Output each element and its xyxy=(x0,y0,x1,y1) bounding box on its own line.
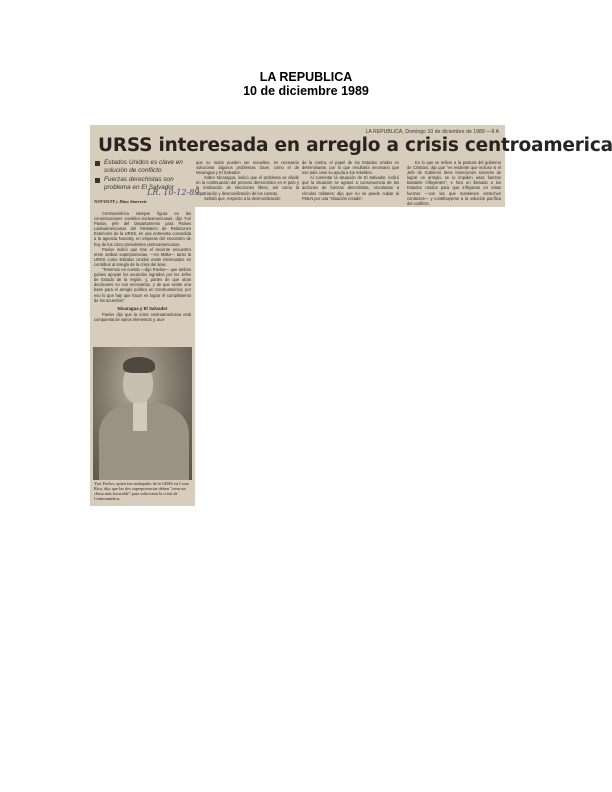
byline: NOVOSTY y Dino Starcevic xyxy=(94,199,147,204)
article-column-3: de la contra, el papel de los Estados Un… xyxy=(302,160,399,201)
portrait-photo xyxy=(93,347,192,480)
subheading: Nicaragua y El Salvador xyxy=(94,306,191,311)
paragraph: Pavlov dijo que la crisis centroamerican… xyxy=(94,312,191,322)
newspaper-clipping-left: Centroamérica siempre figura en las conv… xyxy=(90,207,195,506)
paragraph: Señaló que, respecto a la desmovilizació… xyxy=(196,196,299,201)
paragraph: de la contra, el papel de los Estados Un… xyxy=(302,160,399,175)
handwritten-note: LR. 10-12-89 xyxy=(147,188,199,197)
paragraph: Pavlov indicó que tras el reciente encue… xyxy=(94,247,191,267)
deck-text: Estados Unidos es clave en solución de c… xyxy=(104,159,200,175)
newspaper-clipping-top: LA REPUBLICA, Domingo 10 de diciembre de… xyxy=(90,125,505,207)
paragraph: Centroamérica siempre figura en las conv… xyxy=(94,211,191,247)
photo-collar-shape xyxy=(133,401,147,431)
paragraph: Al comentar la situación de El Salvador,… xyxy=(302,175,399,200)
paragraph: que no todos pueden ser resueltos, es ne… xyxy=(196,160,299,175)
headline: URSS interesada en arreglo a crisis cent… xyxy=(98,135,612,156)
publication-name: LA REPUBLICA xyxy=(0,70,612,84)
photo-caption: Yuri Pavlov, quien fue embajador de la U… xyxy=(94,481,191,501)
article-column-4: En lo que se refiere a la postura del go… xyxy=(407,160,501,206)
square-bullet-icon xyxy=(95,161,100,166)
page-header: LA REPUBLICA 10 de diciembre 1989 xyxy=(0,70,612,98)
photo-hair-shape xyxy=(123,357,155,373)
paragraph: En lo que se refiere a la postura del go… xyxy=(407,160,501,206)
publication-date: 10 de diciembre 1989 xyxy=(0,84,612,98)
paragraph: Sobre Nicaragua, indicó que el problema … xyxy=(196,175,299,195)
article-column-2: que no todos pueden ser resueltos, es ne… xyxy=(196,160,299,201)
deck-item: Estados Unidos es clave en solución de c… xyxy=(95,159,200,175)
paragraph: "Tenemos en cuenta —dijo Pavlov— que amb… xyxy=(94,267,191,303)
square-bullet-icon xyxy=(95,178,100,183)
article-column-1: Centroamérica siempre figura en las conv… xyxy=(94,211,191,322)
